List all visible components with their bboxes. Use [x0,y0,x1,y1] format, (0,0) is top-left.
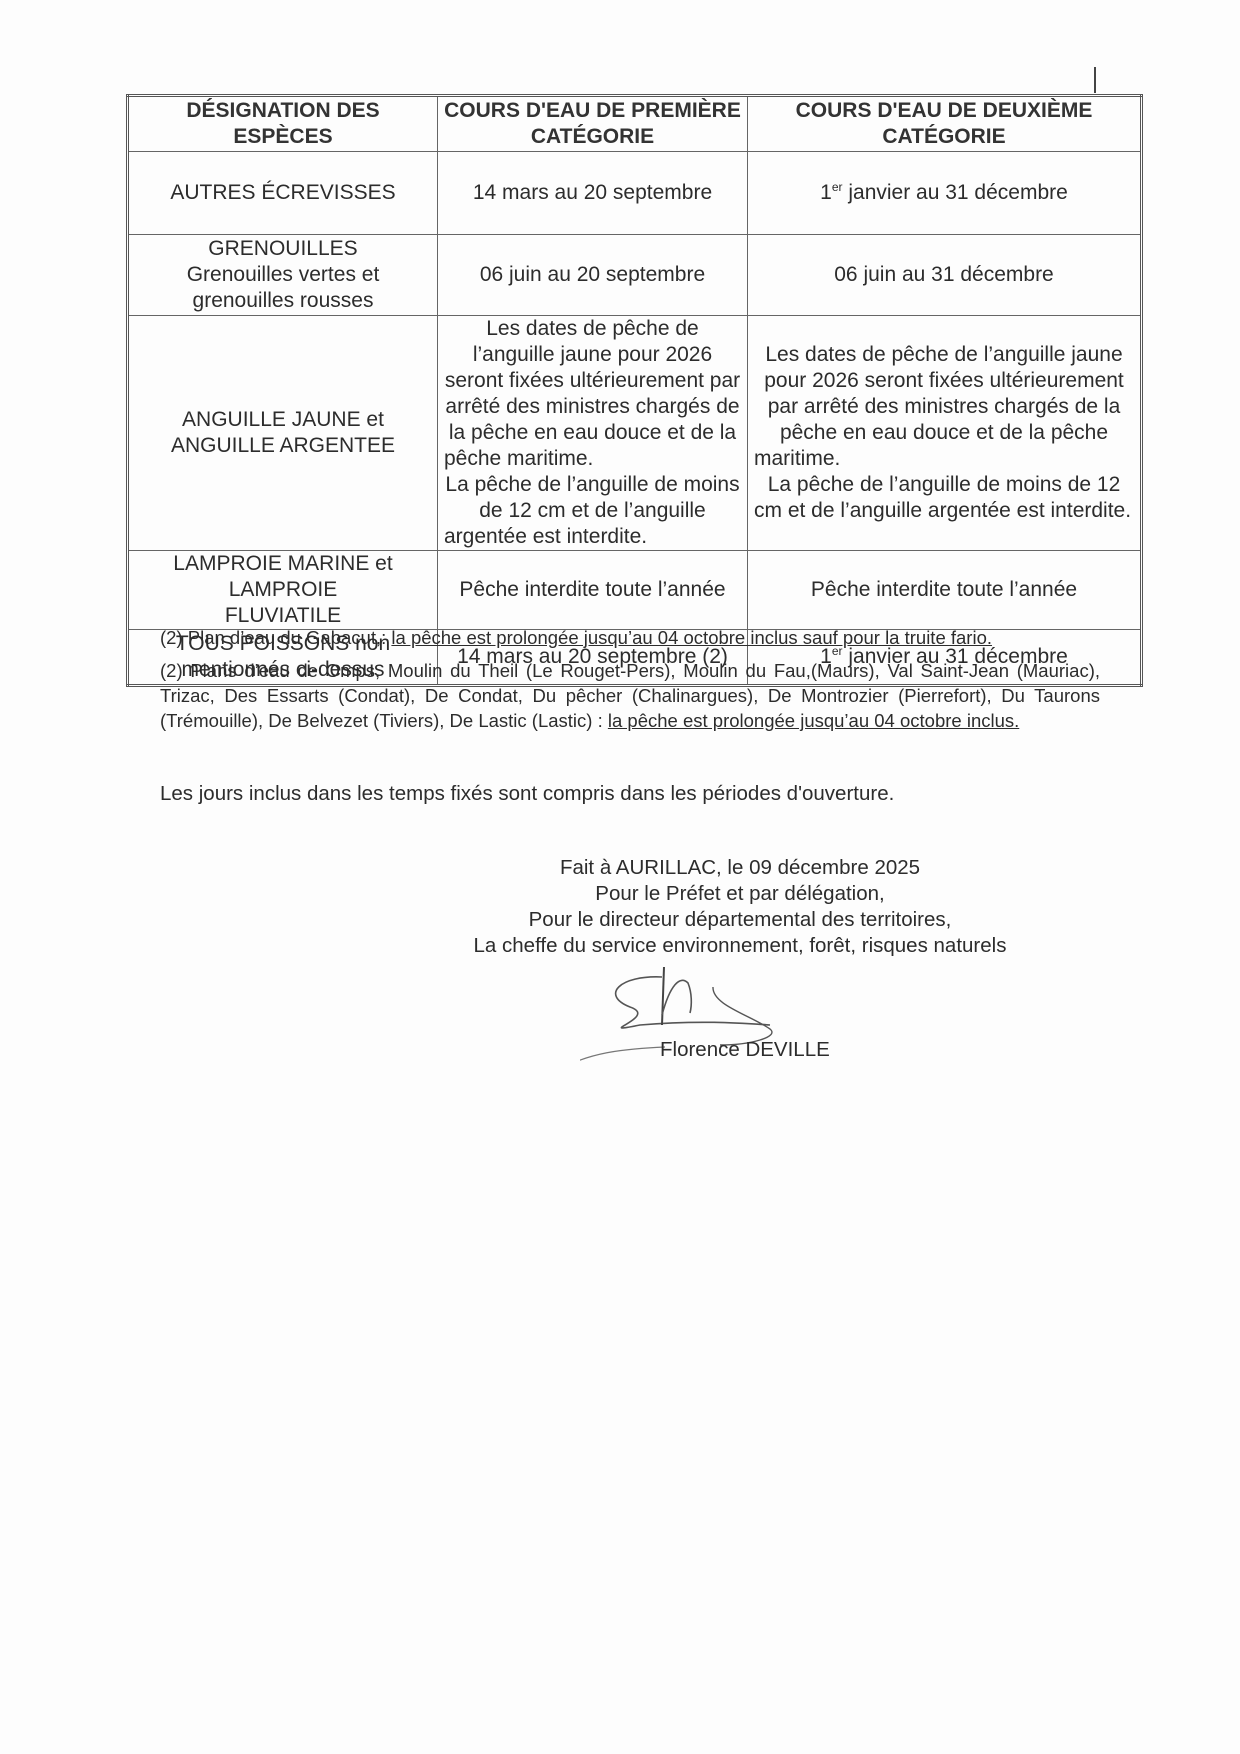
header-species: DÉSIGNATION DES ESPÈCES [128,96,438,152]
table-row: ANGUILLE JAUNE et ANGUILLE ARGENTEE Les … [128,316,1142,551]
table-row: GRENOUILLESGrenouilles vertes et grenoui… [128,235,1142,316]
first-category-cell: Pêche interdite toute l’année [438,551,748,630]
second-category-cell: 06 juin au 31 décembre [748,235,1142,316]
table-header-row: DÉSIGNATION DES ESPÈCES COURS D'EAU DE P… [128,96,1142,152]
first-category-cell: 06 juin au 20 septembre [438,235,748,316]
service-line: La cheffe du service environnement, forê… [440,933,1040,959]
signature-block: Fait à AURILLAC, le 09 décembre 2025 Pou… [440,855,1040,959]
second-category-cell: Les dates de pêche de l’anguille jaune p… [748,316,1142,551]
table-row: AUTRES ÉCREVISSES 14 mars au 20 septembr… [128,152,1142,235]
margin-mark [1094,67,1096,93]
second-category-cell: 1er janvier au 31 décembre [748,152,1142,235]
signatory-name: Florence DEVILLE [660,1038,830,1062]
header-second-category: COURS D'EAU DE DEUXIÈME CATÉGORIE [748,96,1142,152]
place-date: Fait à AURILLAC, le 09 décembre 2025 [440,855,1040,881]
species-cell: ANGUILLE JAUNE et ANGUILLE ARGENTEE [128,316,438,551]
fishing-periods-table: DÉSIGNATION DES ESPÈCES COURS D'EAU DE P… [126,94,1143,687]
second-category-cell: Pêche interdite toute l’année [748,551,1142,630]
footnote-gabacut: (2) Plan d’eau du Gabacut,: la pêche est… [160,625,1100,650]
species-cell: LAMPROIE MARINE et LAMPROIE FLUVIATILE [128,551,438,630]
document-page: DÉSIGNATION DES ESPÈCES COURS D'EAU DE P… [0,0,1240,1754]
header-first-category: COURS D'EAU DE PREMIÈRE CATÉGORIE [438,96,748,152]
first-category-cell: Les dates de pêche de l’anguille jaune p… [438,316,748,551]
closing-statement: Les jours inclus dans les temps fixés so… [160,782,894,806]
table-row: LAMPROIE MARINE et LAMPROIE FLUVIATILE P… [128,551,1142,630]
director-line: Pour le directeur départemental des terr… [440,907,1040,933]
footnote-plans-d-eau: (2) Plans d’eau de Omps, Moulin du Theil… [160,658,1100,733]
first-category-cell: 14 mars au 20 septembre [438,152,748,235]
species-cell: GRENOUILLESGrenouilles vertes et grenoui… [128,235,438,316]
species-cell: AUTRES ÉCREVISSES [128,152,438,235]
delegation-line: Pour le Préfet et par délégation, [440,881,1040,907]
